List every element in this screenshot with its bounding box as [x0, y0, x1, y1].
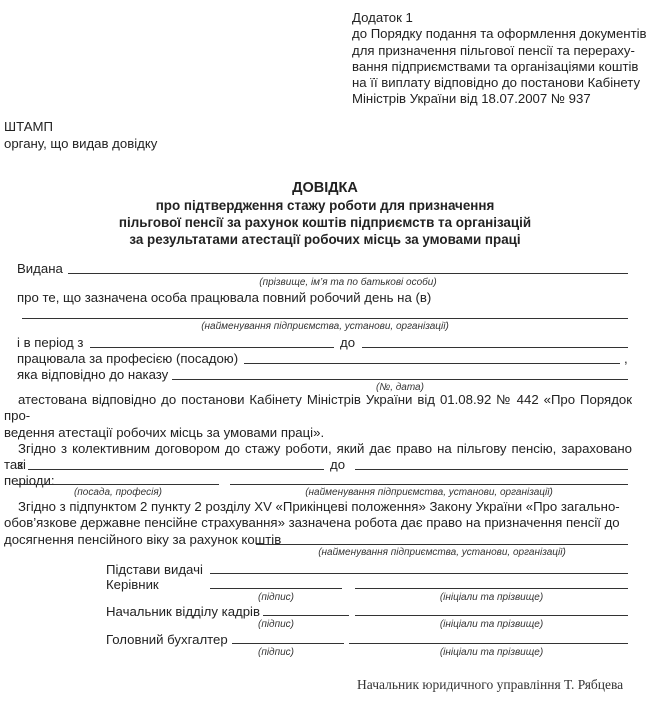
worked-text: про те, що зазначена особа працювала пов… [17, 290, 431, 305]
period-to-label: до [340, 335, 355, 350]
profession-label: працювала за професією (посадою) [17, 351, 238, 366]
document-title: ДОВІДКА [0, 180, 650, 197]
heading-line: за результатами атестації робочих місць … [0, 231, 650, 248]
period-from-label: і в період з [17, 335, 83, 350]
order-field[interactable] [172, 379, 628, 380]
enterprise-field[interactable] [22, 318, 628, 319]
periods-to-field[interactable] [355, 469, 628, 470]
collective-text: Згідно з колективним договором до стажу … [4, 441, 632, 472]
signoff-text: Начальник юридичного управління Т. Рябце… [357, 677, 623, 693]
hr-name-field[interactable] [355, 615, 628, 616]
periods-from-label: з [17, 457, 23, 472]
accountant-signature-field[interactable] [232, 643, 344, 644]
accountant-name-field[interactable] [349, 643, 628, 644]
issued-to-field[interactable] [68, 273, 628, 274]
law-text-3: досягнення пенсійного віку за рахунок ко… [4, 532, 281, 547]
enterprise-hint: (найменування підприємства, установи, ор… [22, 321, 628, 332]
appendix-line: до Порядку подання та оформлення докумен… [352, 26, 647, 42]
order-label: яка відповідно до наказу [17, 367, 168, 382]
attestation-text-2: ведення атестації робочих місць за умова… [4, 425, 324, 440]
period-to-field[interactable] [362, 347, 628, 348]
period-from-field[interactable] [90, 347, 334, 348]
appendix-line: вання підприємствами та організаціями ко… [352, 59, 647, 75]
periods-to-label: до [330, 457, 345, 472]
issued-to-hint: (прізвище, ім’я та по батькові особи) [68, 277, 628, 288]
director-signature-field[interactable] [210, 588, 342, 589]
document-heading: ДОВІДКА про підтвердження стажу роботи д… [0, 180, 650, 248]
appendix-line: Додаток 1 [352, 10, 647, 26]
director-sign-hint: (підпис) [210, 592, 342, 603]
heading-line: пільгової пенсії за рахунок коштів підпр… [0, 214, 650, 231]
attestation-text: атестована відповідно до постанови Кабін… [4, 392, 632, 423]
law-text-2: обов’язкове державне пенсійне страхуванн… [4, 515, 620, 530]
stamp-block: ШТАМП органу, що видав довідку [4, 119, 157, 152]
hr-sign-hint: (підпис) [210, 619, 342, 630]
hr-name-hint: (ініціали та прізвище) [355, 619, 628, 630]
law-funds-field[interactable] [256, 544, 628, 545]
stamp-title: ШТАМП [4, 119, 157, 136]
law-paragraph: Згідно з підпунктом 2 пункту 2 розділу X… [4, 499, 632, 548]
profession-comma: , [624, 351, 628, 366]
position-hint: (посада, професія) [17, 487, 219, 498]
basis-field[interactable] [210, 573, 628, 574]
appendix-note: Додаток 1 до Порядку подання та оформлен… [352, 10, 647, 108]
signature-label-director: Керівник [106, 577, 159, 592]
appendix-line: Міністрів України від 18.07.2007 № 937 [352, 91, 647, 107]
issued-to-label: Видана [17, 261, 63, 276]
basis-label: Підстави видачі [106, 562, 203, 577]
appendix-line: для призначення пільгової пенсії та пере… [352, 43, 647, 59]
law-text-1: Згідно з підпунктом 2 пункту 2 розділу X… [18, 499, 620, 514]
director-name-field[interactable] [355, 588, 628, 589]
director-name-hint: (ініціали та прізвище) [355, 592, 628, 603]
law-hint: (найменування підприємства, установи, ор… [256, 547, 628, 558]
periods-enterprise-hint: (найменування підприємства, установи, ор… [230, 487, 628, 498]
accountant-name-hint: (ініціали та прізвище) [355, 647, 628, 658]
position-field[interactable] [17, 484, 219, 485]
signature-label-accountant: Головний бухгалтер [106, 632, 228, 647]
profession-field[interactable] [244, 363, 620, 364]
heading-line: про підтвердження стажу роботи для призн… [0, 197, 650, 214]
stamp-subtitle: органу, що видав довідку [4, 136, 157, 153]
appendix-line: на її виплату відповідно до постанови Ка… [352, 75, 647, 91]
periods-enterprise-field[interactable] [230, 484, 628, 485]
signature-label-hr: Начальник відділу кадрів [106, 604, 260, 619]
periods-from-field[interactable] [28, 469, 324, 470]
accountant-sign-hint: (підпис) [210, 647, 342, 658]
attestation-paragraph: атестована відповідно до постанови Кабін… [4, 392, 632, 490]
hr-signature-field[interactable] [263, 615, 349, 616]
